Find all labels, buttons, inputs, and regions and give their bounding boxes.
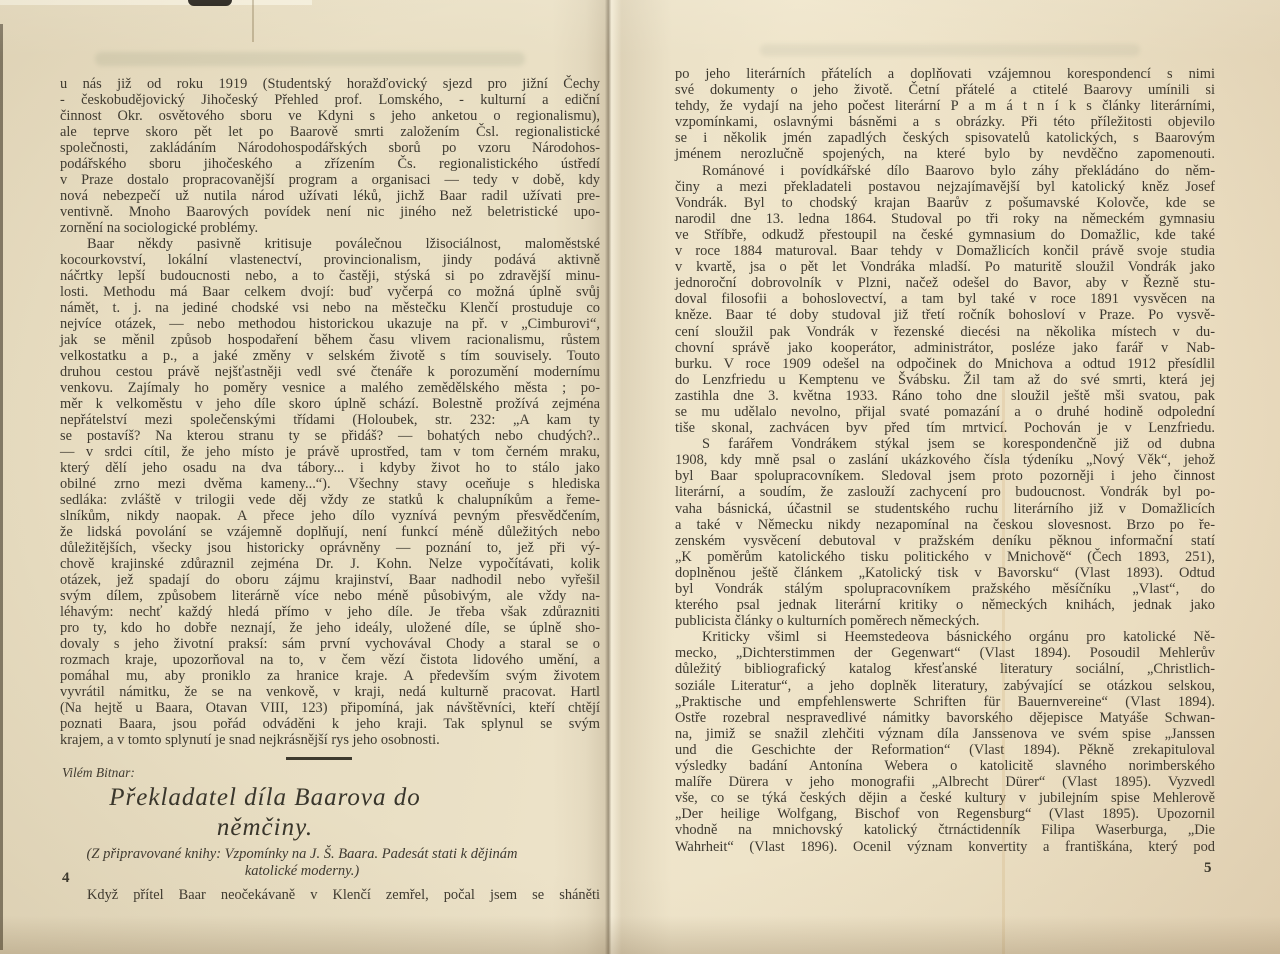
text-line: své dokumenty o jeho životě. Četní přáte…	[675, 82, 1215, 98]
text-line: Kriticky všiml si Heemstedeova básnickéh…	[675, 629, 1215, 645]
text-line: v roce 1884 maturoval. Baar tehdy v Doma…	[675, 243, 1215, 259]
text-line: zastihla dne 3. května 1933. Ráno toho d…	[675, 388, 1215, 404]
text-line: slníkům, nikdy naopak. A přece jeho dílo…	[60, 508, 600, 524]
page-number-left: 4	[62, 870, 70, 887]
text-line: ventivně. Mnoho Baarových povídek není n…	[60, 204, 600, 220]
text-line: v Praze dostalo propracovanější program …	[60, 172, 600, 188]
text-line: nejvíce otázek, — nebo methodou historic…	[60, 316, 600, 332]
text-line: druhou cestou právě nejšťastněji vedl sv…	[60, 364, 600, 380]
text-line: důležitý bibliografický katalog křesťans…	[675, 661, 1215, 677]
text-line: Wahrheit“ (Vlast 1896). Ocenil význam ko…	[675, 839, 1215, 855]
text-line: kterého psal jednak literární kritiky o …	[675, 597, 1215, 613]
text-line: činnost Okr. osvětového sboru ve Kdyni s…	[60, 108, 600, 124]
text-line: malíře Dürera v jeho monografii „Albrech…	[675, 774, 1215, 790]
text-line: krajem, a v tomto splynutí je snad nejkr…	[60, 732, 600, 748]
text-line: vzpomínkami, oslavnými básněmi a s obráz…	[675, 114, 1215, 130]
text-line: tiše skonal, zachvácen byv před tím mrtv…	[675, 420, 1215, 436]
text-line: und die Geschichte der Reformation“ (Vla…	[675, 742, 1215, 758]
text-line: a také v Německu nikdy nezapomínal na če…	[675, 517, 1215, 533]
text-line: léhavým: nechť každý hledá přímo v jeho …	[60, 604, 600, 620]
paper-crease-artifact	[252, 0, 254, 42]
text-line: Baar někdy pasivně kritisuje poválečnou …	[60, 236, 600, 252]
show-through-artifact	[760, 44, 1140, 56]
text-line: nepřátelství mezi společenskými třídami …	[60, 412, 600, 428]
text-line: publicista články o kulturních poměrech …	[675, 613, 1215, 629]
text-line: Vondrák. Byl to chodský krajan Baarův z …	[675, 195, 1215, 211]
text-line: byl Baar spolupracovníkem. Sledoval jsem…	[675, 468, 1215, 484]
text-line: poznati Baara, jsou pořád odváděni k jeh…	[60, 716, 600, 732]
text-line: se i několik jmén zapadlých českých spis…	[675, 130, 1215, 146]
text-line: dovaly s jeho životní praksí: sám první …	[60, 636, 600, 652]
paragraph: Románové i povídkářské dílo Baarovo bylo…	[675, 163, 1215, 437]
text-line: byl Vondrák stálým spolupracovníkem praž…	[675, 581, 1215, 597]
author-line: Vilém Bitnar:	[60, 765, 600, 781]
text-line: zenském vysvěcení debutoval v pražském d…	[675, 533, 1215, 549]
left-page-text: u nás již od roku 1919 (Studentský horaž…	[60, 76, 600, 748]
article-title: Překladatel díla Baarova do němčiny.	[60, 783, 600, 843]
text-line: kocourkovství, lokální vlastenectví, pro…	[60, 252, 600, 268]
text-line: Ostře rozebral nespravedlivé námitky bav…	[675, 710, 1215, 726]
text-line: tehdy, že vydají na jeho počest literárn…	[675, 98, 1215, 114]
text-line: na, jimiž se snažil zlehčiti význam díla…	[675, 726, 1215, 742]
text-line: losti. Methodu má Baar celkem dvojí: buď…	[60, 284, 600, 300]
text-line: jménem nerozlučně spojených, na které by…	[675, 146, 1215, 162]
paragraph: po jeho literárních přátelích a doplňova…	[675, 66, 1215, 163]
text-line: literární, a soudím, že zaslouží zachyce…	[675, 484, 1215, 500]
text-line: do Lenzfriedu u Kemptenu ve Švábsku. Žil…	[675, 372, 1215, 388]
text-line: v kvartě, jsa o pět let Vondráka mladší.…	[675, 259, 1215, 275]
paragraph: Když přítel Baar neočekávaně v Klenčí ze…	[60, 887, 600, 903]
text-line: se postavíš? Na kterou stranu ty se přid…	[60, 428, 600, 444]
text-line: (Na hejtě u Baara, Otavan VIII, 123) při…	[60, 700, 600, 716]
text-line: 1908, kdy mně psal o zaslání ukázkového …	[675, 452, 1215, 468]
text-line: u nás již od roku 1919 (Studentský horaž…	[60, 76, 600, 92]
text-line: otázek, jež spadají do oboru zájmu kraji…	[60, 572, 600, 588]
text-line: po jeho literárních přátelích a doplňova…	[675, 66, 1215, 82]
text-line: jednoroční dobrovolník v Plzni, načež od…	[675, 275, 1215, 291]
article-first-paragraph: Když přítel Baar neočekávaně v Klenčí ze…	[60, 887, 600, 903]
text-line: „K poměrům katolického tisku politického…	[675, 549, 1215, 565]
scan-edge-artifact	[0, 24, 3, 950]
text-line: sedláka: zvláště v trilogii vede děj vžd…	[60, 492, 600, 508]
text-line: výsledky badání Antonína Webera o katoli…	[675, 758, 1215, 774]
text-line: — v srdci cítil, že jeho místo je právě …	[60, 444, 600, 460]
text-line: Románové i povídkářské dílo Baarovo bylo…	[675, 163, 1215, 179]
text-line: nová nebezpečí už nutila národ užívati l…	[60, 188, 600, 204]
text-line: vyvrátil námitku, že se na venkově, v kr…	[60, 684, 600, 700]
text-line: S farářem Vondrákem stýkal jsem se kores…	[675, 436, 1215, 452]
text-line: pomáhal mu, aby proniklo za hranice kraj…	[60, 668, 600, 684]
show-through-artifact	[95, 52, 525, 66]
text-line: „Der heilige Wolfgang, Bischof von Regen…	[675, 806, 1215, 822]
text-line: chově krajinské zdůraznil zejména Dr. J.…	[60, 556, 600, 572]
right-page-text: po jeho literárních přátelích a doplňova…	[675, 66, 1215, 855]
text-line: obilné zrno mezi dvěma kameny...“). Všec…	[60, 476, 600, 492]
text-line: který dělí jeho osadu na dva tábory... i…	[60, 460, 600, 476]
text-line: doval filosofii a bohoslovectví, a tam b…	[675, 291, 1215, 307]
text-line: se mu udělalo nevolno, přijal svaté poma…	[675, 404, 1215, 420]
text-line: rozmach kraje, upozorňoval na to, v čem …	[60, 652, 600, 668]
text-line: mecko, „Dichterstimmen der Gegenwart“ (V…	[675, 645, 1215, 661]
text-line: že lidská povolání se vzájemně doplňují,…	[60, 524, 600, 540]
text-line: vaha básnická, účastnil se studentského …	[675, 501, 1215, 517]
scan-blob-artifact	[188, 0, 232, 6]
text-line: důležitějších, všecky jsou historicky op…	[60, 540, 600, 556]
text-line: námět, t. j. na jediné chodské vsi nebo …	[60, 300, 600, 316]
text-line: „Praktische und empfehlenswerte Schrifte…	[675, 694, 1215, 710]
text-line: vhodně na mnichovský katolický čtrnáctid…	[675, 822, 1215, 838]
text-line: cení sloužil pak Vondrák v řezenské diec…	[675, 324, 1215, 340]
paragraph: u nás již od roku 1919 (Studentský horaž…	[60, 76, 600, 236]
text-line: ve Stříbře, odkudž přestoupil na české g…	[675, 227, 1215, 243]
text-line: chovní správě jako kooperátor, administr…	[675, 340, 1215, 356]
text-line: jak se měnil způsob hospodaření během ča…	[60, 332, 600, 348]
paragraph: Kriticky všiml si Heemstedeova básnickéh…	[675, 629, 1215, 854]
text-line: burku. V roce 1909 odešel na odpočinek d…	[675, 356, 1215, 372]
text-line: vše, co se týká českých dějin a české ku…	[675, 790, 1215, 806]
text-line: společnosti, zakládáním Národohospodářsk…	[60, 140, 600, 156]
text-line: Když přítel Baar neočekávaně v Klenčí ze…	[60, 887, 600, 903]
text-line: narodil dne 13. ledna 1864. Studoval po …	[675, 211, 1215, 227]
text-line: kněze. Baar té doby studoval již třetí r…	[675, 307, 1215, 323]
book-scan: u nás již od roku 1919 (Studentský horaž…	[0, 0, 1280, 954]
text-line: doplněnou ještě článkem „Katolický tisk …	[675, 565, 1215, 581]
text-line: velkostatku a p., a jaké změny v selském…	[60, 348, 600, 364]
text-line: ale teprve skoro pět let po Baarově smrt…	[60, 124, 600, 140]
paragraph: Baar někdy pasivně kritisuje poválečnou …	[60, 236, 600, 748]
page-number-right: 5	[1204, 860, 1212, 877]
text-line: zornění na sociologické problémy.	[60, 220, 600, 236]
text-line: měr k velkoměstu v jeho díle skoro úplně…	[60, 396, 600, 412]
text-line: svým dílem, způsobem literárně více nebo…	[60, 588, 600, 604]
text-line: podářského sboru jihočeského a zřízením …	[60, 156, 600, 172]
text-line: venkovu. Zajímaly ho poměry vesnice a ma…	[60, 380, 600, 396]
text-line: soziále Literatur“, a jeho doplněk liter…	[675, 678, 1215, 694]
paragraph: S farářem Vondrákem stýkal jsem se kores…	[675, 436, 1215, 629]
text-line: náčrtky lepší budoucnosti nebo, a to čas…	[60, 268, 600, 284]
article-subtitle-line-1: (Z připravované knihy: Vzpomínky na J. Š…	[60, 846, 600, 863]
text-line: činy a mezi překladateli postavou nejzaj…	[675, 179, 1215, 195]
left-page: u nás již od roku 1919 (Studentský horaž…	[60, 76, 600, 903]
right-page: po jeho literárních přátelích a doplňova…	[675, 66, 1215, 855]
scan-edge-artifact	[0, 0, 312, 5]
text-line: pro ty, kdo ho dobře neznají, že jeho id…	[60, 620, 600, 636]
text-line: - českobudějovický Jihočeský Přehled pro…	[60, 92, 600, 108]
article-subtitle-line-2: katolické moderny.)	[60, 863, 600, 880]
section-divider	[286, 757, 352, 760]
paper-crease-artifact	[1002, 380, 1005, 954]
